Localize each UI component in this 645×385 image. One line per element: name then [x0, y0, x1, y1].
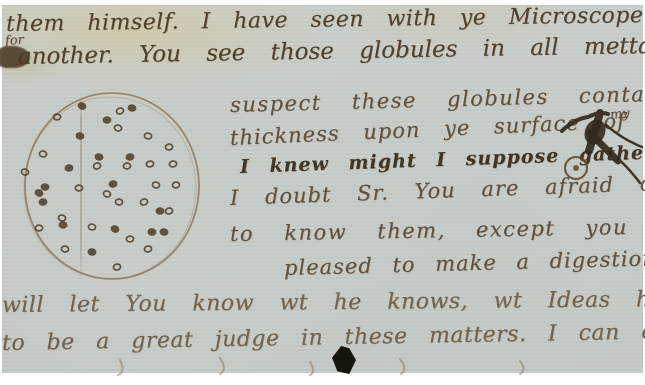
globules-diagram-svg: [12, 83, 212, 293]
left-margin-ink-blot: [0, 46, 30, 68]
heavy-ink-mark: [560, 105, 645, 195]
gold-symbol-icon: [565, 157, 587, 179]
manuscript-scan: them himself. I have seen with ye Micros…: [0, 0, 645, 385]
globules-diagram: [12, 83, 212, 293]
cutoff-line-fragments: [100, 356, 580, 376]
